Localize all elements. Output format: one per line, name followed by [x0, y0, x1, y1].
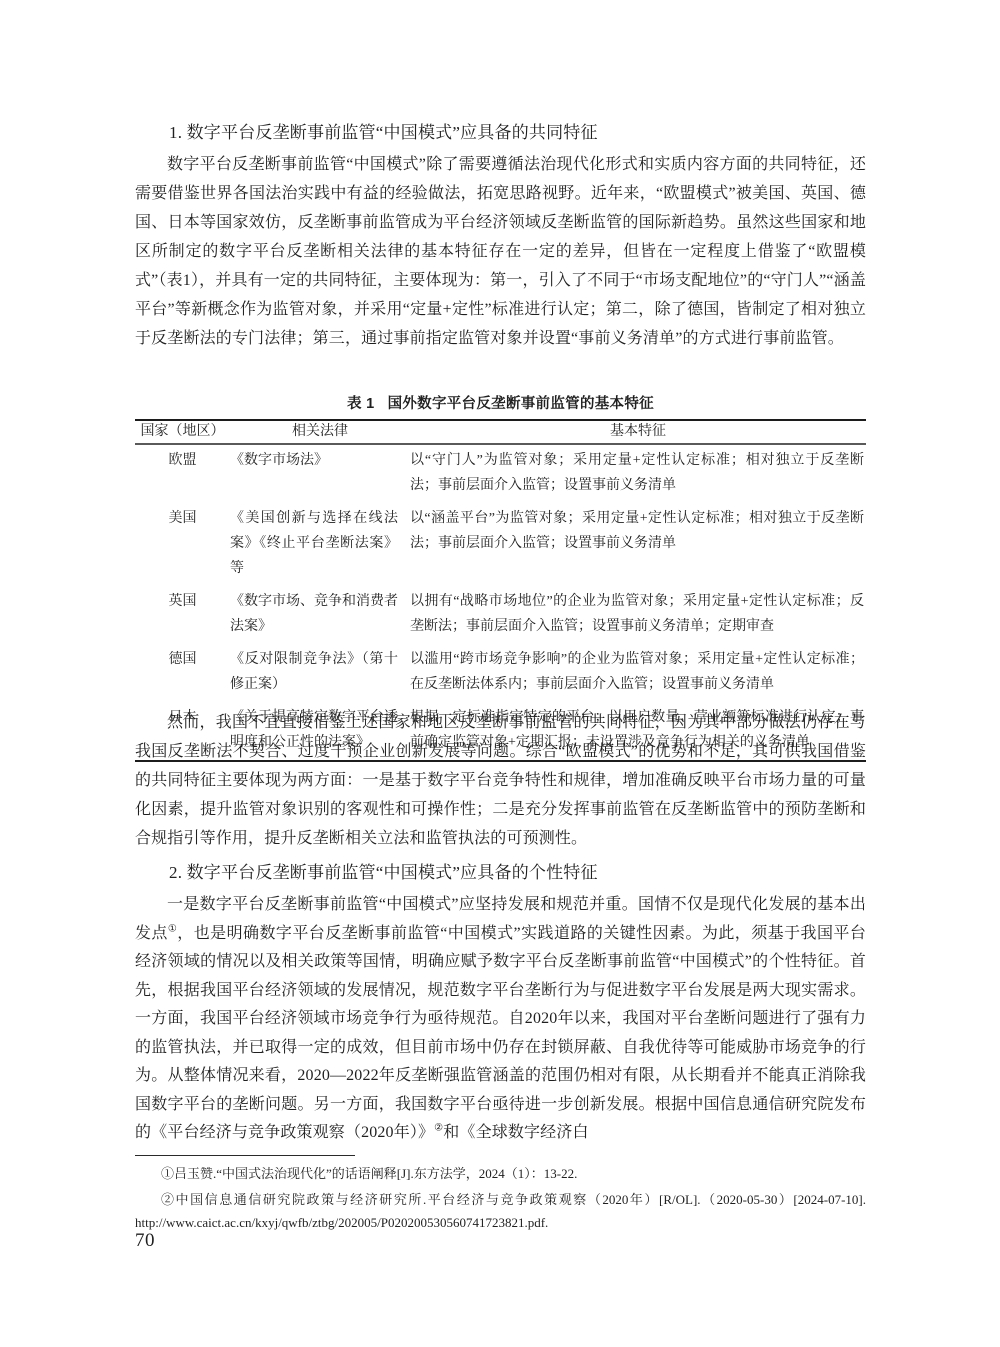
header-cell-country: 国家（地区） [135, 421, 230, 443]
table-header-row: 国家（地区） 相关法律 基本特征 [135, 421, 866, 445]
table-row: 英国 《数字市场、竞争和消费者法案》 以拥有“战略市场地位”的企业为监管对象；采… [135, 586, 866, 644]
body-paragraph-2: 然而，我国不宜直接借鉴上述国家和地区反垄断事前监管的共同特征，因为其中部分做法仍… [135, 708, 866, 853]
table-row: 欧盟 《数字市场法》 以“守门人”为监管对象；采用定量+定性认定标准；相对独立于… [135, 445, 866, 503]
footnote-2: ②中国信息通信研究院政策与经济研究所.平台经济与竞争政策观察（2020年）[R/… [135, 1188, 866, 1234]
body-paragraph-3: 一是数字平台反垄断事前监管“中国模式”应坚持发展和规范并重。国情不仅是现代化发展… [135, 891, 866, 1148]
header-cell-law: 相关法律 [230, 421, 410, 443]
header-cell-features: 基本特征 [410, 421, 866, 443]
cell-country: 德国 [135, 647, 230, 697]
paragraph-segment: ，也是明确数字平台反垄断事前监管“中国模式”实践道路的关键性因素。为此，须基于我… [135, 925, 866, 1142]
table-row: 美国 《美国创新与选择在线法案》《终止平台垄断法案》等 以“涵盖平台”为监管对象… [135, 503, 866, 586]
cell-law: 《数字市场、竞争和消费者法案》 [230, 589, 410, 639]
cell-features: 以滥用“跨市场竞争影响”的企业为监管对象；采用定量+定性认定标准；在反垄断法体系… [410, 647, 866, 697]
cell-country: 英国 [135, 589, 230, 639]
footnote-1: ①吕玉赞.“中国式法治现代化”的话语阐释[J].东方法学，2024（1）：13-… [135, 1162, 866, 1185]
table-caption-label: 表 1 [347, 396, 375, 412]
section-1-heading: 1. 数字平台反垄断事前监管“中国模式”应具备的共同特征 [135, 118, 866, 148]
section-2-heading: 2. 数字平台反垄断事前监管“中国模式”应具备的个性特征 [135, 858, 866, 888]
paragraph-segment: 和《全球数字经济白 [443, 1124, 588, 1141]
table-caption-title: 国外数字平台反垄断事前监管的基本特征 [388, 396, 654, 412]
page-number: 70 [135, 1230, 866, 1252]
table-caption: 表 1国外数字平台反垄断事前监管的基本特征 [135, 392, 866, 413]
cell-country: 美国 [135, 506, 230, 581]
page: 1. 数字平台反垄断事前监管“中国模式”应具备的共同特征 数字平台反垄断事前监管… [0, 0, 1000, 1347]
cell-features: 以拥有“战略市场地位”的企业为监管对象；采用定量+定性认定标准；反垄断法；事前层… [410, 589, 866, 639]
footnote-ref-1: ① [168, 923, 177, 934]
footnote-ref-2: ② [434, 1123, 443, 1134]
cell-law: 《反对限制竞争法》（第十修正案） [230, 647, 410, 697]
cell-law: 《数字市场法》 [230, 448, 410, 498]
cell-features: 以“守门人”为监管对象；采用定量+定性认定标准；相对独立于反垄断法；事前层面介入… [410, 448, 866, 498]
footnote-divider [135, 1155, 355, 1156]
table-row: 德国 《反对限制竞争法》（第十修正案） 以滥用“跨市场竞争影响”的企业为监管对象… [135, 644, 866, 702]
footnotes: ①吕玉赞.“中国式法治现代化”的话语阐释[J].东方法学，2024（1）：13-… [135, 1162, 866, 1237]
cell-country: 欧盟 [135, 448, 230, 498]
cell-law: 《美国创新与选择在线法案》《终止平台垄断法案》等 [230, 506, 410, 581]
body-paragraph-1: 数字平台反垄断事前监管“中国模式”除了需要遵循法治现代化形式和实质内容方面的共同… [135, 150, 866, 353]
cell-features: 以“涵盖平台”为监管对象；采用定量+定性认定标准；相对独立于反垄断法；事前层面介… [410, 506, 866, 581]
